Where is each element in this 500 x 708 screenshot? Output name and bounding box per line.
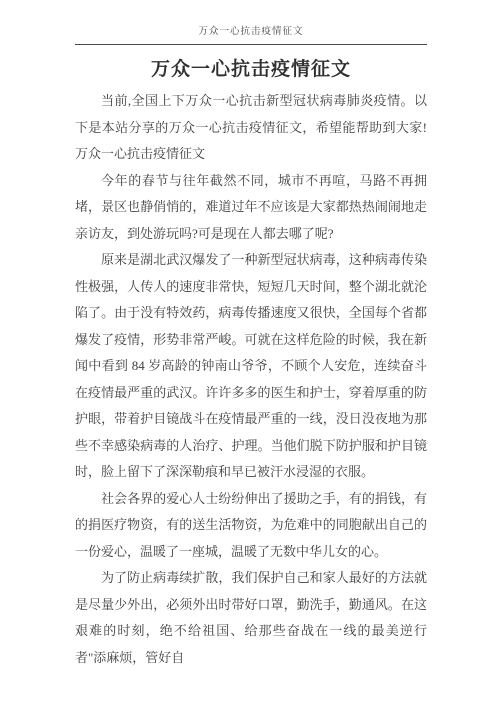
running-header-text: 万众一心抗击疫情征文 [198, 27, 303, 37]
paragraph-5: 为了防止病毒续扩散，我们保护自己和家人最好的方法就是尽量少外出，必须外出时带好口… [75, 565, 427, 671]
document-body: 当前,全国上下万众一心抗击新型冠状病毒肺炎疫情。以下是本站分享的万众一心抗击疫情… [75, 88, 427, 671]
header-rule [75, 44, 427, 45]
document-page: 万众一心抗击疫情征文 万众一心抗击疫情征文 当前,全国上下万众一心抗击新型冠状病… [0, 0, 500, 708]
paragraph-1: 当前,全国上下万众一心抗击新型冠状病毒肺炎疫情。以下是本站分享的万众一心抗击疫情… [75, 88, 427, 168]
paragraph-2: 今年的春节与往年截然不同，城市不再喧，马路不再拥堵，景区也静俏悄的，难道过年不应… [75, 168, 427, 248]
running-header: 万众一心抗击疫情征文 [75, 26, 427, 38]
paragraph-4: 社会各界的爱心人士纷纷伸出了援助之手，有的捐钱，有的捐医疗物资，有的送生活物资，… [75, 486, 427, 566]
paragraph-3: 原来是湖北武汉爆发了一种新型冠状病毒，这种病毒传染性极强，人传人的速度非常快，短… [75, 247, 427, 486]
page-title: 万众一心抗击疫情征文 [75, 55, 427, 84]
